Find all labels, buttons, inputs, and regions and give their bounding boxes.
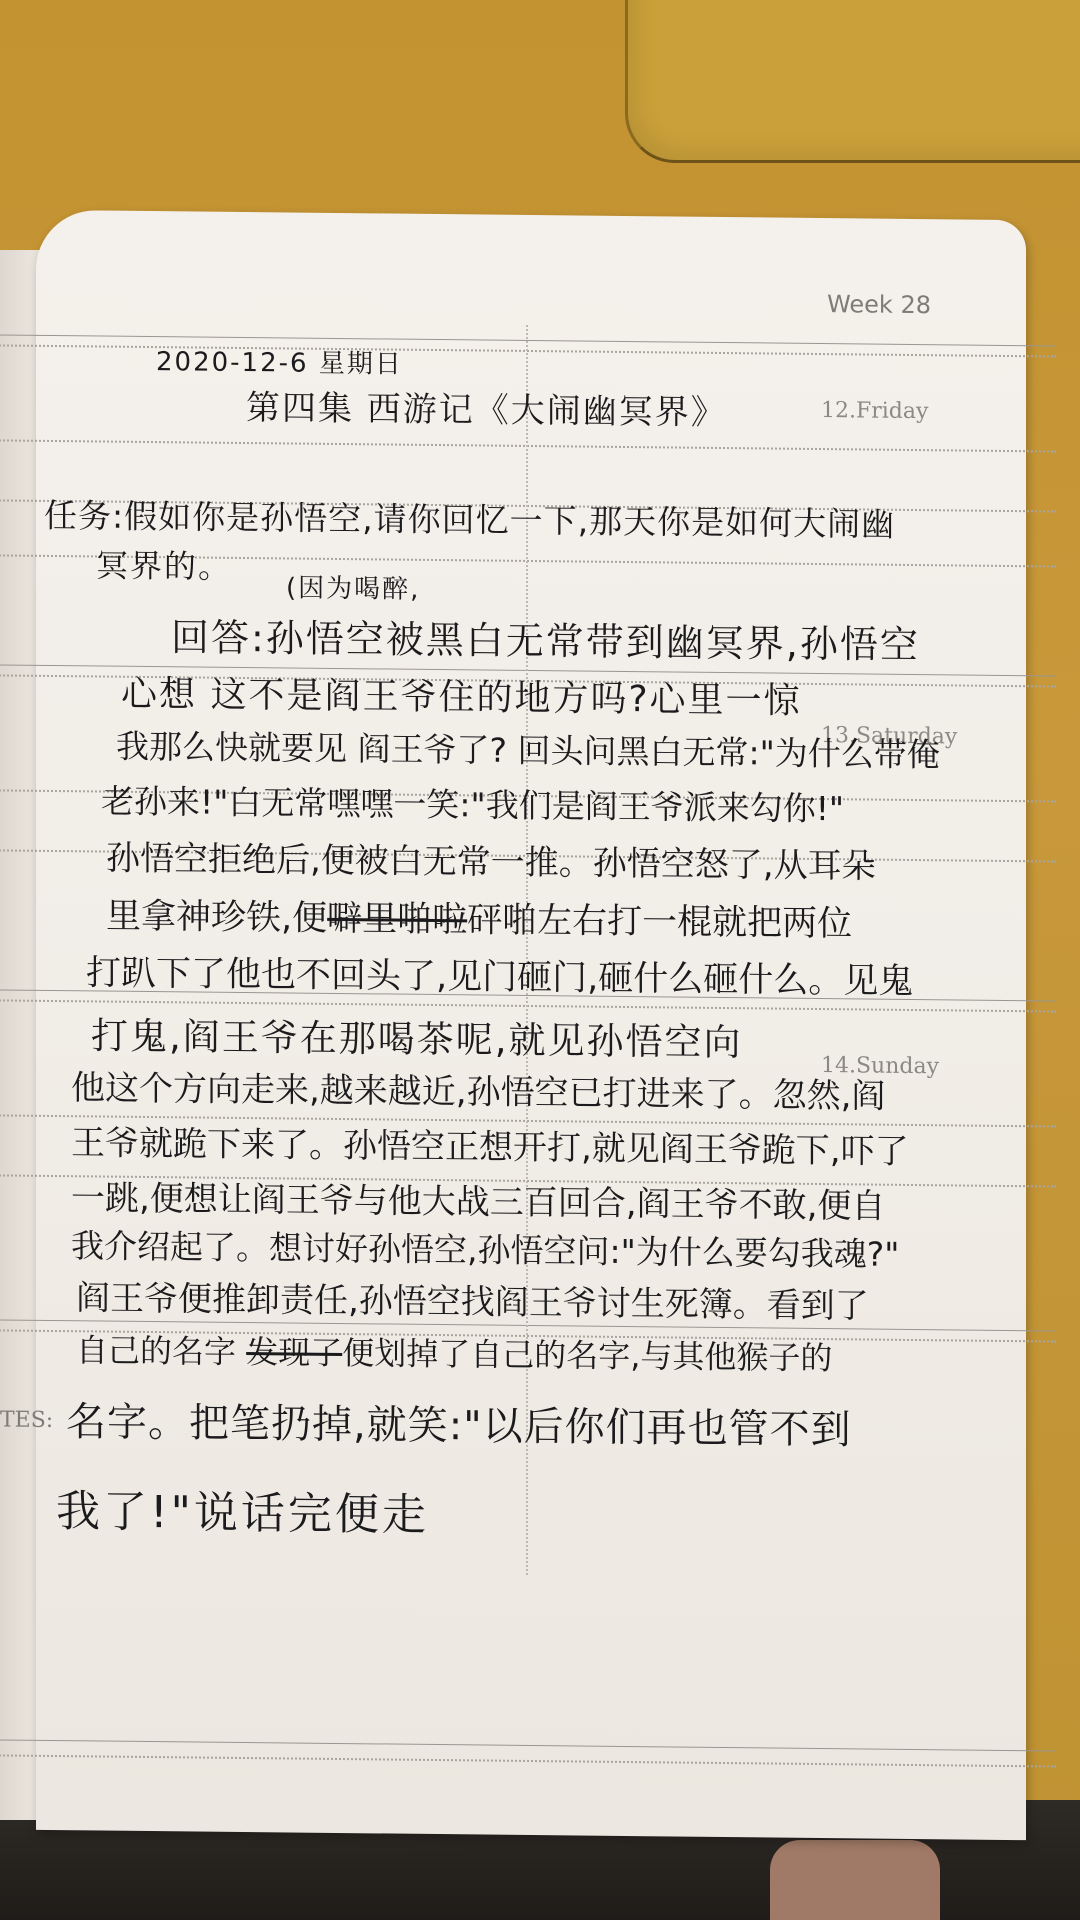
handwritten-line: 我介绍起了。想讨好孙悟空,孙悟空问:"为什么要勾我魂?" (71, 1220, 899, 1276)
ruled-line (0, 1739, 1056, 1751)
struck-text: 噼里啪啦 (327, 899, 467, 940)
handwritten-line: 孙悟空拒绝后,便被白无常一推。孙悟空怒了,从耳朵 (106, 831, 876, 888)
handwritten-segment: 便划掉了自己的名字,与其他猴子的 (342, 1334, 832, 1377)
handwritten-line: 老孙来!"白无常嘿嘿一笑:"我们是阎王爷派来勾你!" (101, 775, 844, 830)
handwritten-line: 我了!"说话完便走 (56, 1475, 429, 1543)
notes-label: TES: (0, 1407, 53, 1433)
yellow-tray (625, 0, 1080, 163)
handwritten-segment: 砰啪左右打一棍就把两位 (467, 900, 852, 944)
hand (770, 1840, 940, 1920)
handwritten-date: 2020-12-6 星期日 (156, 341, 403, 381)
handwritten-line: 一跳,便想让阎王爷与他大战三百回合,阎王爷不敢,便自 (71, 1170, 885, 1228)
handwritten-line: 自己的名字 发现了便划掉了自己的名字,与其他猴子的 (76, 1325, 832, 1379)
struck-text: 发现了 (246, 1333, 342, 1372)
handwritten-line: 王爷就跪下来了。孙悟空正想开打,就见阎王爷跪下,吓了 (71, 1115, 909, 1173)
week-label: Week 28 (827, 290, 931, 319)
handwritten-segment: 自己的名字 (76, 1331, 236, 1371)
handwritten-title: 第四集 西游记《大闹幽冥界》 (246, 380, 727, 434)
handwritten-task-line: 任务:假如你是孙悟空,请你回忆一下,那天你是如何大闹幽 (44, 490, 895, 546)
day-label-friday: 12.Friday (821, 398, 928, 424)
notebook-left-page (0, 250, 40, 1820)
handwritten-line: 他这个方向走来,越来越近,孙悟空已打进来了。忽然,阎 (71, 1060, 885, 1118)
handwritten-line: 打鬼,阎王爷在那喝茶呢,就见孙悟空向 (91, 1005, 743, 1066)
handwritten-line: 回答:孙悟空被黑白无常带到幽冥界,孙悟空 (171, 606, 920, 669)
dotted-line (0, 1754, 1056, 1767)
handwritten-line: 心想 这不是阎王爷住的地方吗?心里一惊 (121, 666, 802, 724)
handwritten-line: 名字。把笔扔掉,就笑:"以后你们再也管不到 (66, 1390, 852, 1455)
handwritten-line: 阎王爷便推卸责任,孙悟空找阎王爷讨生死簿。看到了 (76, 1270, 869, 1327)
handwritten-segment: 里拿神珍铁,便 (106, 897, 327, 939)
handwritten-insertion: (因为喝醉, (286, 567, 420, 605)
handwritten-line: 里拿神珍铁,便噼里啪啦砰啪左右打一棍就把两位 (106, 889, 852, 947)
dotted-line (0, 439, 1056, 452)
notebook-page: Week 28 12.Friday 13.Saturday 14.Sunday … (36, 210, 1026, 1840)
handwritten-line: 打趴下了他也不回头了,见门砸门,砸什么砸什么。见鬼 (86, 945, 913, 1004)
handwritten-task-line: 冥界的。 (96, 540, 232, 587)
handwritten-line: 我那么快就要见 阎王爷了? 回头问黑白无常:"为什么带俺 (116, 721, 940, 777)
